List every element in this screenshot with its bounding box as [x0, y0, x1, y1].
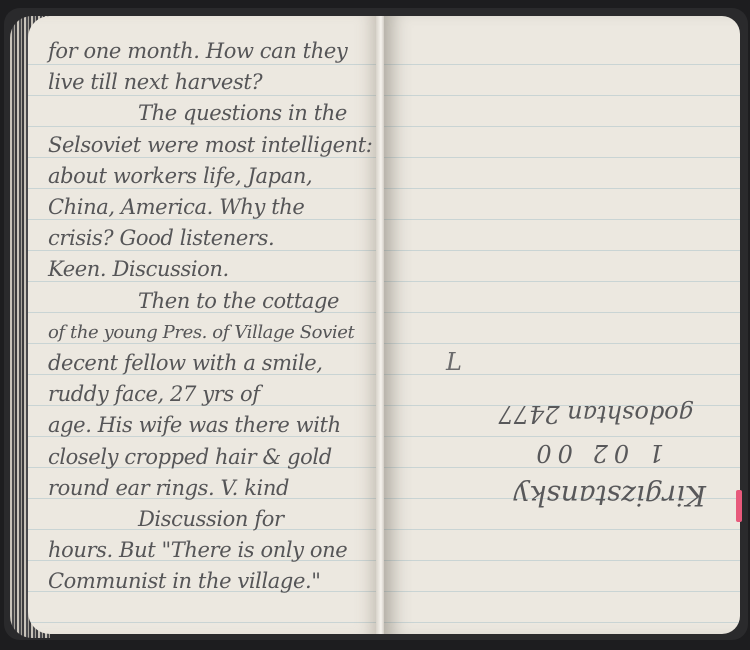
text-line: Discussion for [48, 504, 368, 535]
upside-line: 1 02 00 [434, 434, 714, 472]
pink-page-marker [736, 490, 742, 522]
left-page: for one month. How can they live till ne… [28, 16, 380, 634]
text-line: decent fellow with a smile, [48, 348, 368, 379]
text-line-content: live till next harvest? [48, 70, 262, 94]
text-line: China, America. Why the [48, 192, 368, 223]
text-line: Keen. Discussion. [48, 254, 368, 285]
text-line: The questions in the [48, 98, 368, 129]
notebook: for one month. How can they live till ne… [0, 0, 750, 650]
text-line: Communist in the village." [48, 566, 368, 597]
text-line: crisis? Good listeners. [48, 223, 368, 254]
text-line: closely cropped hair & gold [48, 442, 368, 473]
upside-down-text: Kirgizstansky 1 02 00 godoshtan 2477 [434, 394, 714, 518]
stray-pencil-mark: L [446, 348, 462, 376]
text-line: hours. But "There is only one [48, 535, 368, 566]
right-page: L Kirgizstansky 1 02 00 godoshtan 2477 [384, 16, 740, 634]
text-line: ruddy face, 27 yrs of [48, 379, 368, 410]
text-line: live till next harvest? [48, 67, 368, 98]
text-line: Selsoviet were most intelligent: [48, 130, 368, 161]
text-line: about workers life, Japan, [48, 161, 368, 192]
text-line: age. His wife was there with [48, 410, 368, 441]
text-line: Then to the cottage [48, 286, 368, 317]
text-line: of the young Pres. of Village Soviet [48, 317, 368, 348]
handwritten-text: for one month. How can they live till ne… [48, 36, 368, 598]
upside-line: Kirgizstansky [434, 472, 714, 518]
text-line: for one month. How can they [48, 36, 368, 67]
upside-line: godoshtan 2477 [434, 394, 714, 434]
text-line: round ear rings. V. kind [48, 473, 368, 504]
